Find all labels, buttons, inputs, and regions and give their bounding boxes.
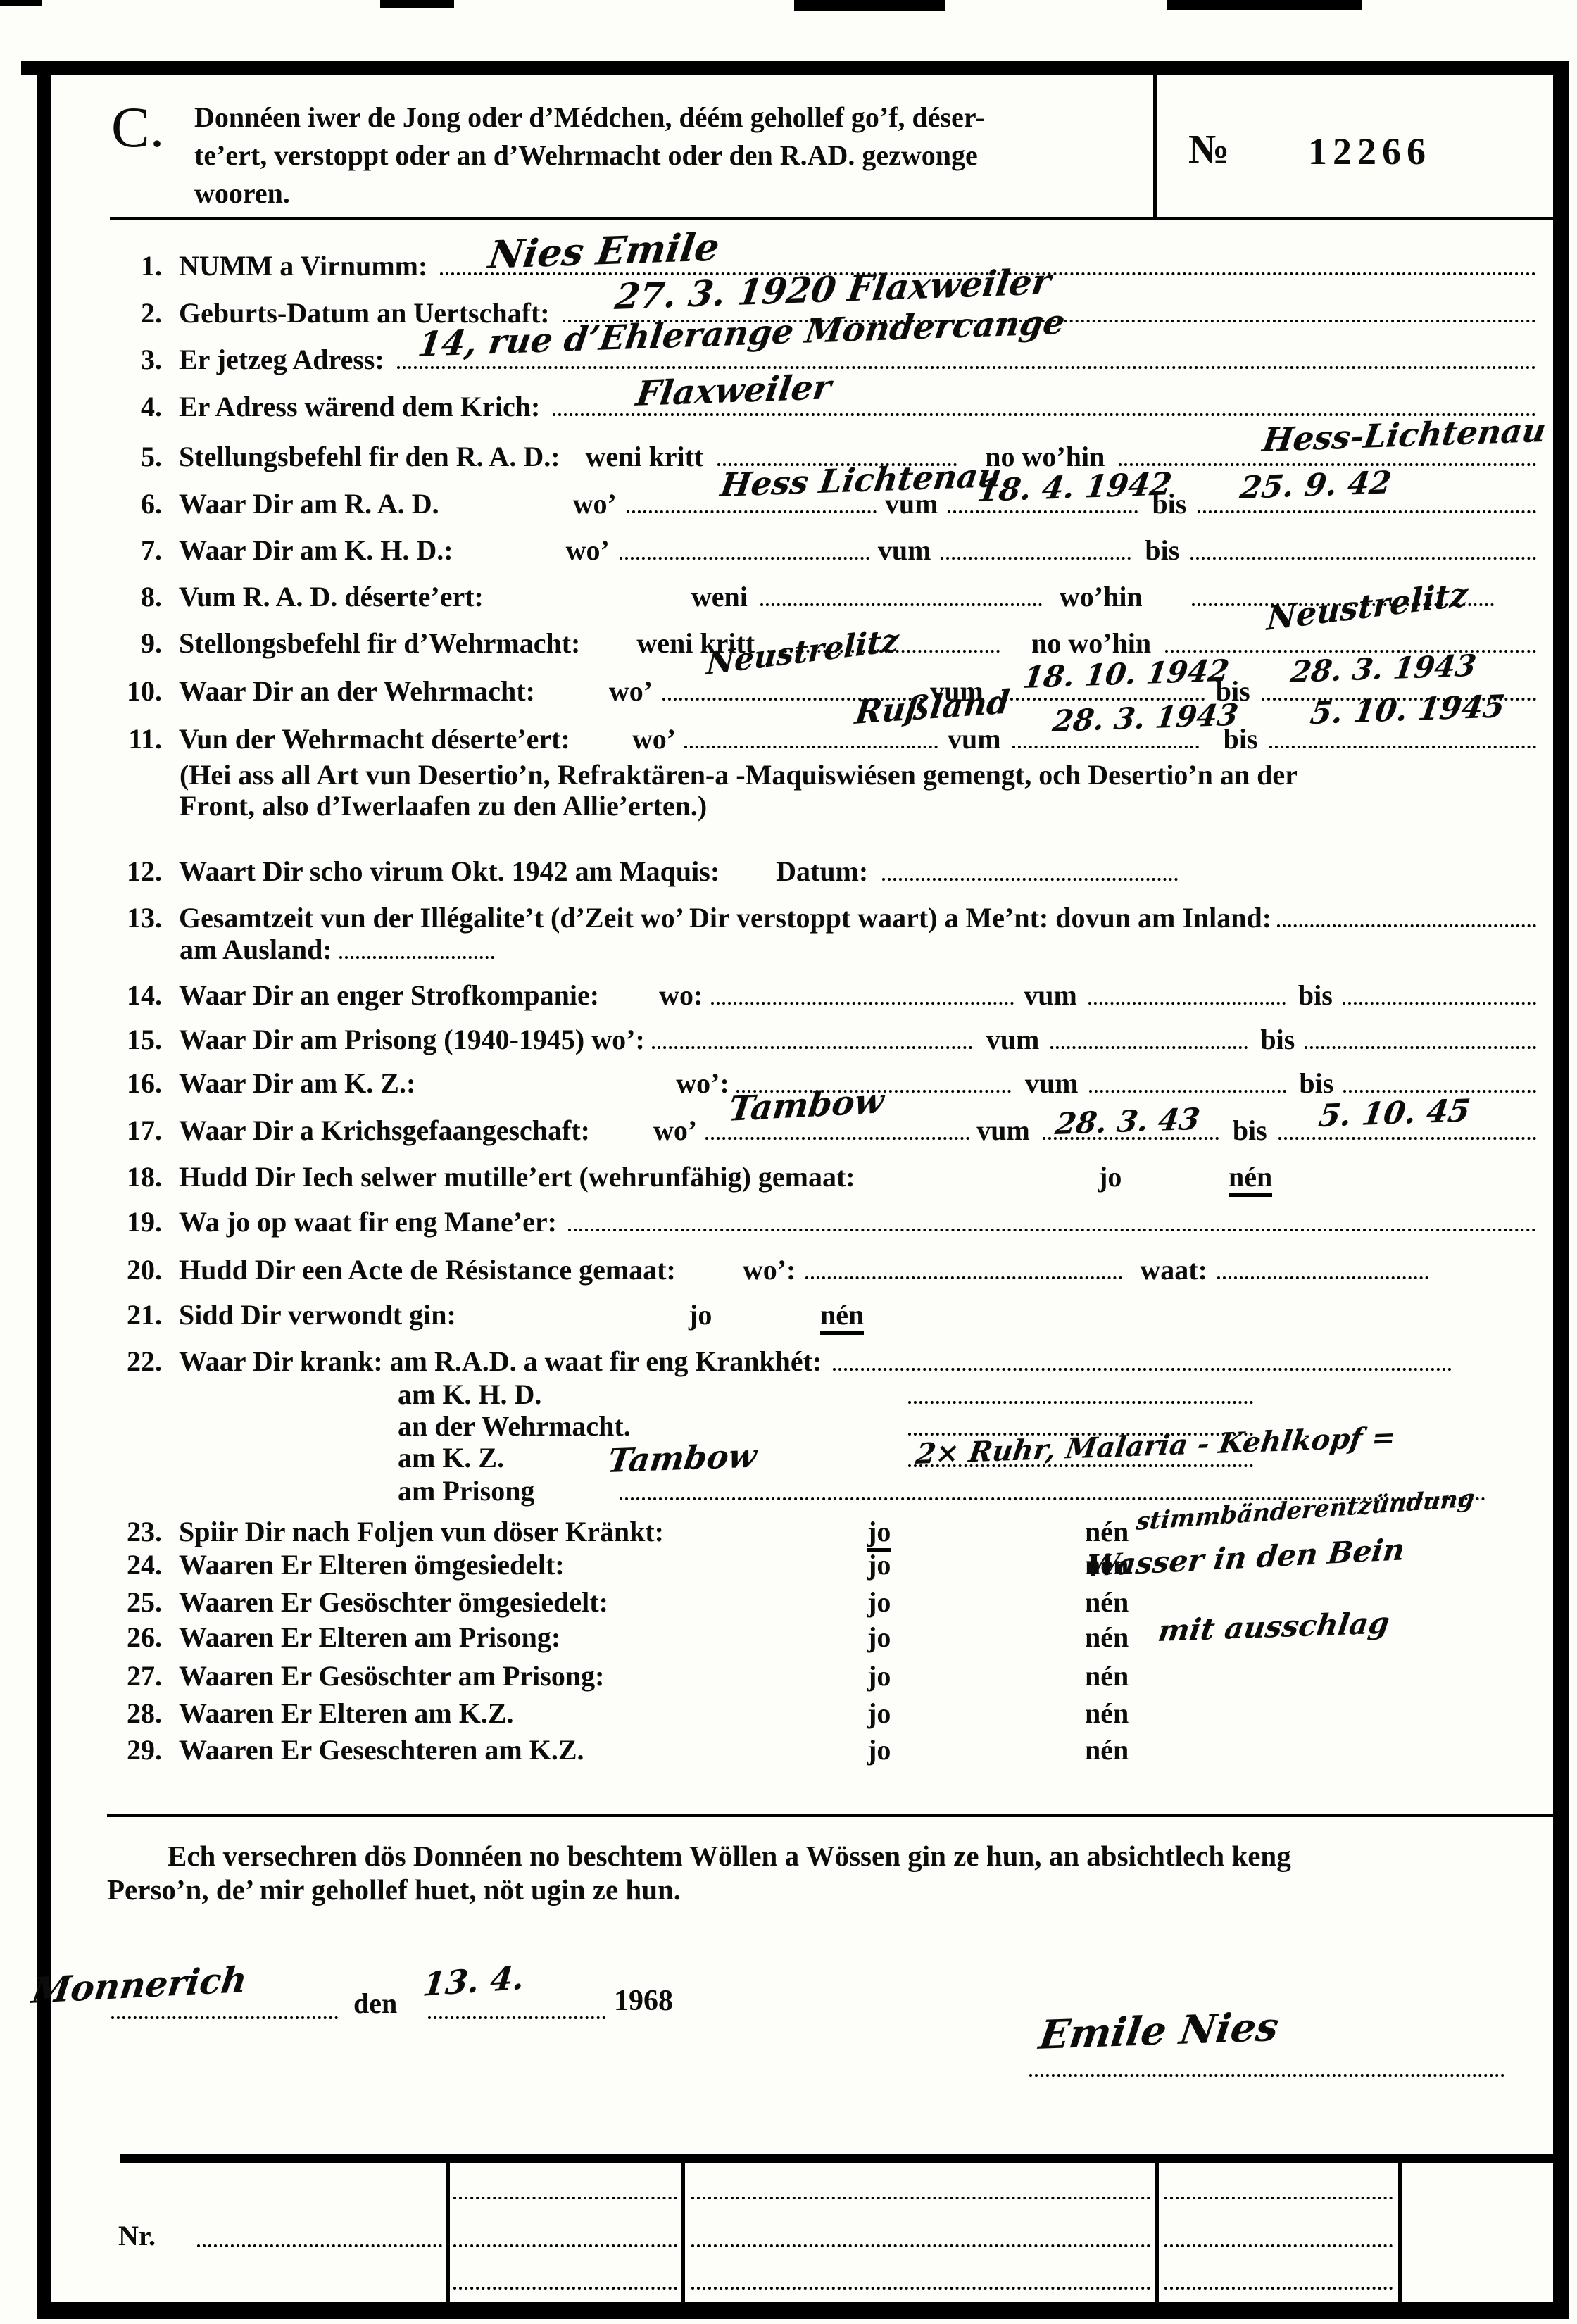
question-label: Waaren Er Elteren ömgesiedelt: xyxy=(179,1550,565,1581)
handwritten-q22-prisong: Tambow xyxy=(605,1436,759,1480)
dotted-line xyxy=(397,364,1536,369)
dotted-line xyxy=(711,1000,1014,1005)
question-number: 3. xyxy=(121,344,162,375)
field-word: waat: xyxy=(1140,1255,1207,1286)
question-row-14: 14. Waar Dir an enger Strofkompanie: wo:… xyxy=(121,980,1536,1011)
question-number: 4. xyxy=(121,391,162,422)
field-word: bis xyxy=(1233,1115,1267,1146)
question-number: 28. xyxy=(121,1698,162,1729)
question-number: 23. xyxy=(121,1516,162,1547)
question-number: 8. xyxy=(121,582,162,613)
handwritten-q17-vum: 28. 3. 43 xyxy=(1053,1102,1202,1141)
handwritten-q10-vum: 18. 10. 1942 xyxy=(1021,653,1231,695)
handwritten-q17-bis: 5. 10. 45 xyxy=(1317,1093,1472,1134)
scanned-form-page: C. Donnéen iwer de Jong oder d’Médchen, … xyxy=(0,0,1577,2324)
question-label: Wa jo op waat fir eng Mane’er: xyxy=(179,1207,557,1238)
dotted-line xyxy=(1119,461,1536,466)
question-number: 15. xyxy=(121,1024,162,1055)
question-number: 29. xyxy=(121,1735,162,1766)
scan-artifact xyxy=(0,0,42,6)
question-number: 20. xyxy=(121,1255,162,1286)
sub-label: am K. Z. xyxy=(398,1443,504,1474)
question-label: Waaren Er Gesöschter ömgesiedelt: xyxy=(179,1587,608,1618)
question-label: Waar Dir am R. A. D. xyxy=(179,489,439,520)
header-text: Donnéen iwer de Jong oder d’Médchen, déé… xyxy=(194,99,1145,213)
border-bottom xyxy=(37,2302,1569,2319)
field-word: wo: xyxy=(659,980,703,1011)
field-word: vum xyxy=(878,535,931,566)
field-word: wo’ xyxy=(653,1115,697,1146)
nr-label: Nr. xyxy=(118,2219,156,2252)
question-label: Waaren Er Elteren am K.Z. xyxy=(179,1698,514,1729)
answer-nen: nén xyxy=(1085,1698,1129,1729)
handwritten-war-address: Flaxweiler xyxy=(634,368,834,414)
handwritten-date: 13. 4. xyxy=(421,1958,526,2004)
field-word: wo’ xyxy=(632,724,676,755)
handwritten-signature: Emile Nies xyxy=(1036,2004,1281,2059)
field-word: wo’ xyxy=(573,489,617,520)
question-number: 17. xyxy=(121,1115,162,1146)
question-number: 13. xyxy=(121,903,162,934)
table-dotted-cell xyxy=(1164,2197,1393,2199)
date-year: 1968 xyxy=(614,1984,673,2018)
sub-label: am Prisong xyxy=(398,1476,534,1507)
dotted-line xyxy=(1269,743,1536,748)
question-row-29: 29. Waaren Er Geseschteren am K.Z. jo né… xyxy=(121,1735,1536,1766)
answer-jo: jo xyxy=(1098,1162,1122,1193)
question-number: 6. xyxy=(121,489,162,520)
question-label: Hudd Dir een Acte de Résistance gemaat: xyxy=(179,1255,676,1286)
answer-jo: jo xyxy=(867,1622,891,1653)
field-word: wo’ xyxy=(566,535,610,566)
table-vline xyxy=(446,2163,450,2302)
question-label: Vun der Wehrmacht déserte’ert: xyxy=(179,724,570,755)
question-label: Waar Dir am Prisong (1940-1945) wo’: xyxy=(179,1024,645,1055)
question-number: 12. xyxy=(121,856,162,887)
handwritten-q17-wo: Tambow xyxy=(727,1081,886,1129)
question-label: Waar Dir am K. H. D.: xyxy=(179,535,453,566)
answer-nen: nén xyxy=(1085,1735,1129,1766)
header-line-3: wooren. xyxy=(194,175,1145,213)
handwritten-name: Nies Emile xyxy=(486,224,722,277)
dotted-line xyxy=(1190,555,1536,560)
dotted-line xyxy=(1198,508,1536,513)
dotted-line xyxy=(428,2016,605,2019)
table-dotted-cell xyxy=(1164,2287,1393,2290)
question-label: NUMM a Virnumm: xyxy=(179,251,427,282)
question-row-7: 7. Waar Dir am K. H. D.: wo’ vum bis xyxy=(121,535,1536,566)
question-number: 2. xyxy=(121,298,162,329)
dotted-line xyxy=(705,1135,969,1140)
question-number: 11. xyxy=(121,724,162,755)
question-number: 14. xyxy=(121,980,162,1011)
header-underline xyxy=(110,217,1556,220)
answer-jo-underlined: jo xyxy=(867,1516,891,1552)
question-label: Waar Dir krank: am R.A.D. a waat fir eng… xyxy=(179,1346,822,1377)
question-note: (Hei ass all Art vun Desertio’n, Refrakt… xyxy=(180,758,1298,791)
field-word: vum xyxy=(986,1024,1040,1055)
dotted-line xyxy=(1278,1135,1536,1140)
question-label: Er jetzeg Adress: xyxy=(179,344,384,375)
field-word: vum xyxy=(948,724,1001,755)
question-row-22: 22. Waar Dir krank: am R.A.D. a waat fir… xyxy=(121,1346,1536,1377)
question-number: 25. xyxy=(121,1587,162,1618)
question-label: Hudd Dir Iech selwer mutille’ert (wehrun… xyxy=(179,1162,855,1193)
field-word: vum xyxy=(976,1115,1030,1146)
table-dotted-cell xyxy=(1164,2244,1393,2247)
dotted-line xyxy=(111,2016,338,2019)
question-label: Vum R. A. D. déserte’ert: xyxy=(179,582,484,613)
question-label: Waart Dir scho virum Okt. 1942 am Maquis… xyxy=(179,856,720,887)
question-number: 21. xyxy=(121,1300,162,1331)
question-number: 26. xyxy=(121,1622,162,1653)
handwritten-q10-bis: 28. 3. 1943 xyxy=(1288,648,1478,689)
answer-jo: jo xyxy=(867,1661,891,1692)
question-row-27: 27. Waaren Er Gesöschter am Prisong: jo … xyxy=(121,1661,1536,1692)
border-right xyxy=(1553,61,1569,2319)
question-row-20: 20. Hudd Dir een Acte de Résistance gema… xyxy=(121,1255,1536,1286)
table-vline xyxy=(1398,2163,1402,2302)
question-label: Waaren Er Elteren am Prisong: xyxy=(179,1622,560,1653)
answer-jo: jo xyxy=(867,1550,891,1581)
answer-nen: nén xyxy=(1085,1661,1129,1692)
question-label: Gesamtzeit vun der Illégalite’t (d’Zeit … xyxy=(179,903,1271,934)
form-number: 12266 xyxy=(1308,130,1431,173)
table-vline xyxy=(681,2163,685,2302)
dotted-line xyxy=(1277,922,1536,927)
sub-label: an der Wehrmacht. xyxy=(398,1411,631,1442)
question-number: 10. xyxy=(121,676,162,707)
field-word: no wo’hin xyxy=(1031,628,1151,659)
question-number: 18. xyxy=(121,1162,162,1193)
dotted-line xyxy=(1088,1000,1286,1005)
field-word: weni kritt xyxy=(586,441,704,472)
dotted-line xyxy=(1343,1088,1536,1093)
table-dotted-cell xyxy=(453,2244,677,2247)
numero-sign: № xyxy=(1188,125,1229,172)
dotted-line xyxy=(652,1044,972,1049)
declaration-line-1: Ech versechren dös Donnéen no beschtem W… xyxy=(168,1839,1291,1873)
question-row-12: 12. Waart Dir scho virum Okt. 1942 am Ma… xyxy=(121,856,1536,887)
dotted-line xyxy=(805,1274,1122,1279)
table-dotted-cell xyxy=(691,2244,1150,2247)
question-label: Waar Dir am K. Z.: xyxy=(179,1068,415,1099)
question-label: Waaren Er Gesöschter am Prisong: xyxy=(179,1661,604,1692)
question-label: Waar Dir a Krichsgefaangeschaft: xyxy=(179,1115,590,1146)
dotted-line xyxy=(908,1399,1253,1404)
dotted-line xyxy=(760,601,1042,606)
question-number: 9. xyxy=(121,628,162,659)
question-number: 5. xyxy=(121,441,162,472)
dotted-line xyxy=(627,508,877,513)
field-word: bis xyxy=(1260,1024,1295,1055)
sub-label: am K. H. D. xyxy=(398,1379,541,1410)
question-row-21: 21. Sidd Dir verwondt gin: jo nén xyxy=(121,1300,1536,1331)
dotted-line xyxy=(941,555,1131,560)
question-row-13: 13. Gesamtzeit vun der Illégalite’t (d’Z… xyxy=(121,903,1536,934)
question-label: Waar Dir an der Wehrmacht: xyxy=(179,676,535,707)
answer-jo: jo xyxy=(689,1300,712,1331)
answer-nen: nén xyxy=(1085,1516,1129,1547)
scan-artifact xyxy=(380,0,454,8)
border-top xyxy=(21,61,1567,75)
dotted-line xyxy=(1050,1044,1248,1049)
handwritten-place: Monnerich xyxy=(30,1959,249,2011)
field-word: bis xyxy=(1145,535,1179,566)
answer-nen: nén xyxy=(1085,1587,1129,1618)
question-label: Stellungsbefehl fir den R. A. D.: xyxy=(179,441,560,472)
field-word: wo’: xyxy=(676,1068,729,1099)
section-rule xyxy=(107,1814,1556,1817)
field-word: wo’hin xyxy=(1060,582,1143,613)
dotted-line xyxy=(1029,2074,1504,2077)
field-word: bis xyxy=(1298,980,1333,1011)
answer-nen-underlined: nén xyxy=(820,1300,864,1335)
question-label: Sidd Dir verwondt gin: xyxy=(179,1300,456,1331)
question-row-28: 28. Waaren Er Elteren am K.Z. jo nén xyxy=(121,1698,1536,1729)
question-row-13b: am Ausland: xyxy=(180,934,517,965)
question-number: 16. xyxy=(121,1068,162,1099)
dotted-line xyxy=(948,508,1138,513)
question-number: 1. xyxy=(121,251,162,282)
question-label: am Ausland: xyxy=(180,934,332,965)
question-number: 27. xyxy=(121,1661,162,1692)
answer-jo: jo xyxy=(867,1587,891,1618)
field-word: bis xyxy=(1299,1068,1333,1099)
question-number: 22. xyxy=(121,1346,162,1377)
question-label: Waar Dir an enger Strofkompanie: xyxy=(179,980,599,1011)
field-word: wo’ xyxy=(609,676,653,707)
dotted-line xyxy=(882,876,1178,881)
dotted-line xyxy=(833,1366,1452,1371)
handwritten-q11-vum: 28. 3. 1943 xyxy=(1050,698,1240,739)
dotted-line xyxy=(1305,1044,1536,1049)
table-dotted-cell xyxy=(691,2197,1150,2199)
header-line-2: te’ert, verstoppt oder an d’Wehrmacht od… xyxy=(194,137,1145,175)
header-separator xyxy=(1153,73,1157,218)
section-letter: C. xyxy=(111,94,164,161)
dotted-line xyxy=(339,954,494,959)
question-number: 24. xyxy=(121,1550,162,1581)
dotted-line xyxy=(620,555,869,560)
table-dotted-cell xyxy=(197,2244,442,2247)
question-label: Stellongsbefehl fir d’Wehrmacht: xyxy=(179,628,580,659)
field-word: wo’: xyxy=(743,1255,796,1286)
question-note: Front, also d’Iwerlaafen zu den Allie’er… xyxy=(180,789,707,822)
dotted-line xyxy=(1217,1274,1428,1279)
dotted-line xyxy=(684,743,938,748)
question-row-19: 19. Wa jo op waat fir eng Mane’er: xyxy=(121,1207,1536,1238)
handwritten-q6-bis: 25. 9. 42 xyxy=(1238,465,1393,506)
question-row-18: 18. Hudd Dir Iech selwer mutille’ert (we… xyxy=(121,1162,1536,1193)
answer-jo: jo xyxy=(867,1698,891,1729)
question-row-15: 15. Waar Dir am Prisong (1940-1945) wo’:… xyxy=(121,1024,1536,1055)
answer-jo: jo xyxy=(867,1735,891,1766)
field-word: Datum: xyxy=(776,856,868,887)
field-word: weni xyxy=(691,582,748,613)
table-dotted-cell xyxy=(453,2287,677,2290)
field-word: vum xyxy=(1025,1068,1079,1099)
question-label: Spiir Dir nach Foljen vun döser Kränkt: xyxy=(179,1516,664,1547)
header-line-1: Donnéen iwer de Jong oder d’Médchen, déé… xyxy=(194,99,1145,137)
question-label: Waaren Er Geseschteren am K.Z. xyxy=(179,1735,584,1766)
table-vline xyxy=(1155,2163,1159,2302)
date-word-den: den xyxy=(353,1987,397,2020)
answer-nen: nén xyxy=(1085,1622,1129,1653)
table-dotted-cell xyxy=(691,2287,1150,2290)
answer-nen-underlined: nén xyxy=(1229,1162,1272,1197)
table-top-line xyxy=(120,2154,1556,2163)
dotted-line xyxy=(1012,743,1199,748)
scan-artifact xyxy=(1167,0,1362,10)
question-row-22-sub1: am K. H. D. xyxy=(398,1379,1253,1410)
dotted-line xyxy=(1089,1088,1286,1093)
handwritten-q11-bis: 5. 10. 1945 xyxy=(1308,689,1507,731)
handwritten-q6-vum: 18. 4. 1942 xyxy=(975,466,1174,509)
table-dotted-cell xyxy=(453,2197,677,2199)
question-number: 19. xyxy=(121,1207,162,1238)
question-number: 7. xyxy=(121,535,162,566)
dotted-line xyxy=(568,1226,1536,1231)
declaration-line-2: Perso’n, de’ mir gehollef huet, nöt ugin… xyxy=(107,1873,681,1907)
question-label: Er Adress wärend dem Krich: xyxy=(179,391,540,422)
dotted-line xyxy=(1343,1000,1536,1005)
field-word: vum xyxy=(1024,980,1077,1011)
scan-artifact xyxy=(794,0,945,11)
dotted-line xyxy=(553,411,1536,416)
